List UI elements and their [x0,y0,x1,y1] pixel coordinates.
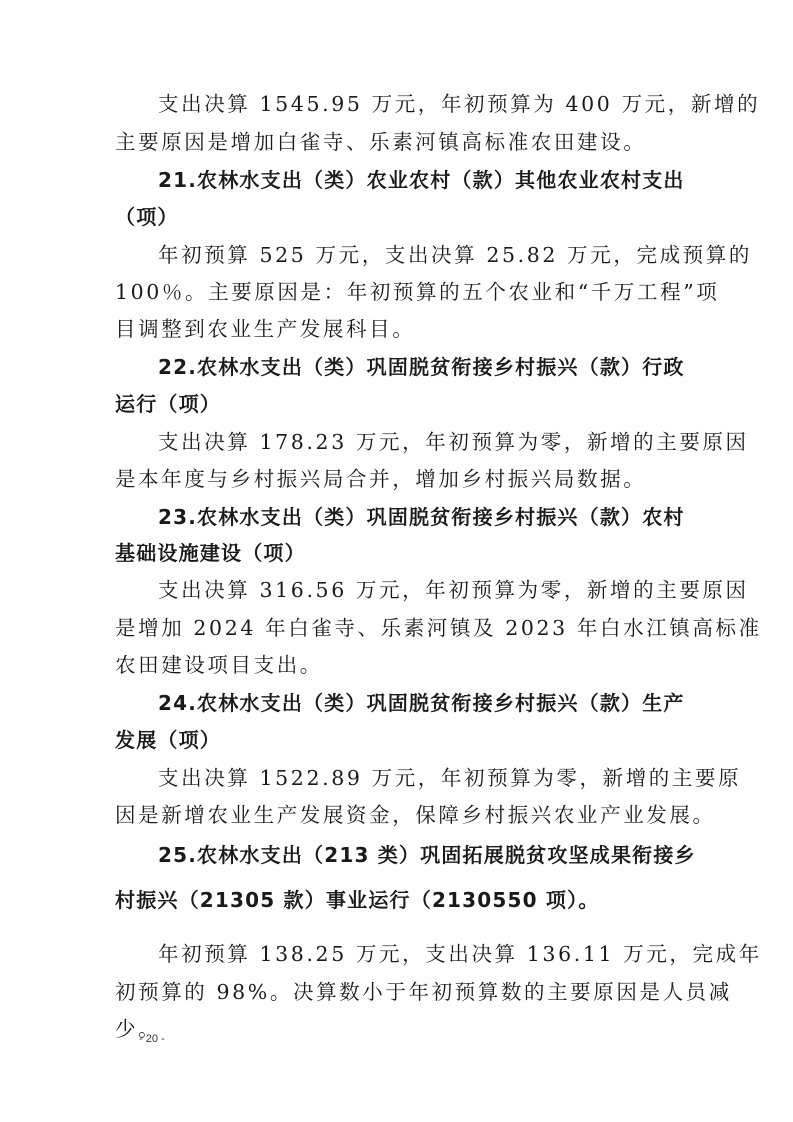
section-heading-24: 24.农林水支出（类）巩固脱贫衔接乡村振兴（款）生产 [158,693,685,713]
section-heading-25-cont: 村振兴（21305 款）事业运行（2130550 项）。 [115,890,600,910]
paragraph-line: 支出决算 1522.89 万元，年初预算为零，新增的主要原 [158,768,741,789]
paragraph-line: 初预算的 98%。决算数小于年初预算数的主要原因是人员减 [115,982,732,1003]
section-heading-23-cont: 基础设施建设（项） [115,543,306,563]
paragraph-line: 支出决算 178.23 万元，年初预算为零，新增的主要原因 [158,432,749,453]
paragraph-line: 年初预算 525 万元，支出决算 25.82 万元，完成预算的 [158,245,752,266]
paragraph-line: 是本年度与乡村振兴局合并，增加乡村振兴局数据。 [115,469,646,490]
section-heading-22: 22.农林水支出（类）巩固脱贫衔接乡村振兴（款）行政 [158,357,685,377]
paragraph-line: 100％。主要原因是：年初预算的五个农业和“千万工程”项 [115,282,719,303]
paragraph-line: 年初预算 138.25 万元，支出决算 136.11 万元，完成年 [158,944,762,965]
paragraph-line: 支出决算 316.56 万元，年初预算为零，新增的主要原因 [158,580,749,601]
paragraph-line: 主要原因是增加白雀寺、乐素河镇高标准农田建设。 [115,132,646,153]
paragraph-line: 是增加 2024 年白雀寺、乐素河镇及 2023 年白水江镇高标准 [115,618,762,639]
section-heading-23: 23.农林水支出（类）巩固脱贫衔接乡村振兴（款）农村 [158,507,685,527]
section-heading-21: 21.农林水支出（类）农业农村（款）其他农业农村支出 [158,170,685,190]
section-heading-21-cont: （项） [115,207,179,227]
section-heading-25: 25.农林水支出（213 类）巩固拓展脱贫攻坚成果衔接乡 [158,845,696,865]
section-heading-22-cont: 运行（项） [115,394,221,414]
paragraph-line: 因是新增农业生产发展资金，保障乡村振兴农业产业发展。 [115,805,716,826]
paragraph-line: 目调整到农业生产发展科目。 [115,319,415,340]
paragraph-line: 支出决算 1545.95 万元，年初预算为 400 万元，新增的 [158,94,760,115]
paragraph-line: 农田建设项目支出。 [115,655,323,676]
section-heading-24-cont: 发展（项） [115,730,221,750]
page-number: - 20 - [139,1033,165,1045]
